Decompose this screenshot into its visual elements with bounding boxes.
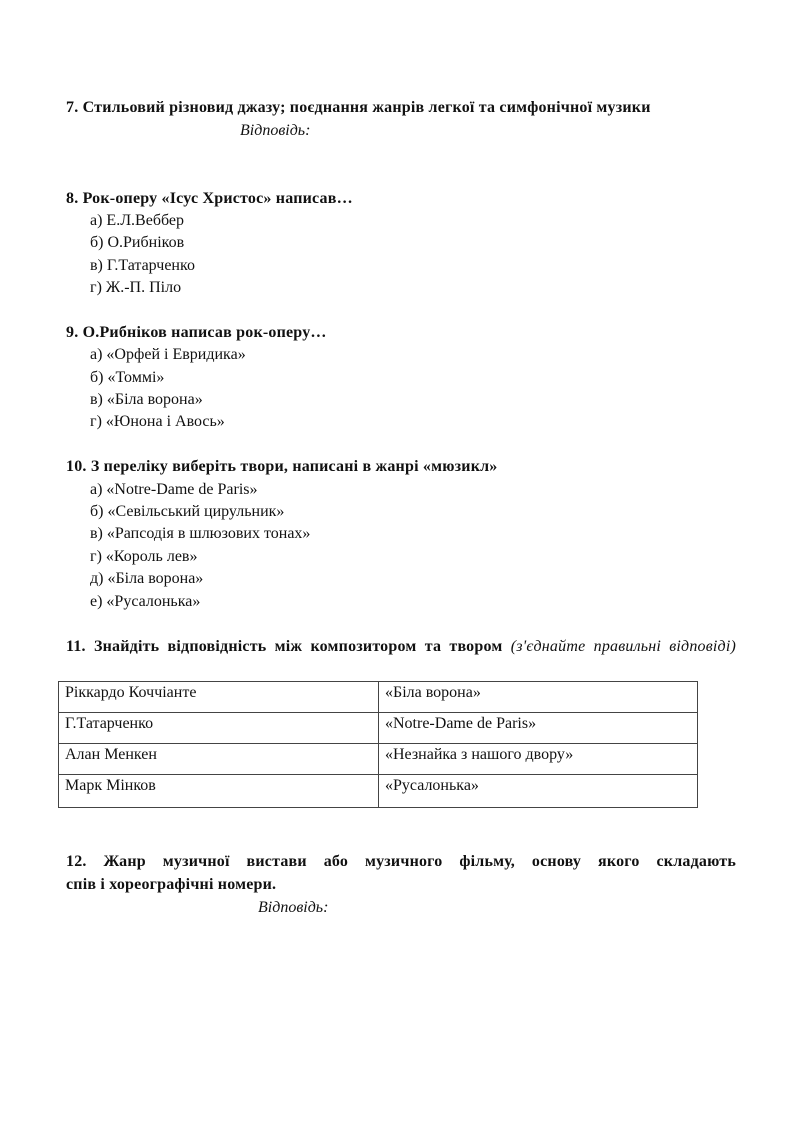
option-item: г) «Король лев» <box>90 548 197 566</box>
question-number: 7. <box>66 99 78 116</box>
option-item: б) «Севільський цирульник» <box>90 503 284 521</box>
table-row: Марк Мінков «Русалонька» <box>59 775 698 808</box>
question-text: З переліку виберіть твори, написані в жа… <box>91 458 498 475</box>
answer-label: Відповідь: <box>240 122 310 140</box>
option-item: а) «Орфей і Евридика» <box>90 346 246 364</box>
option-item: в) «Рапсодія в шлюзових тонах» <box>90 525 310 543</box>
question-number: 9. <box>66 324 78 341</box>
answer-label: Відповідь: <box>258 899 328 917</box>
question-text: Стильовий різновид джазу; поєднання жанр… <box>83 99 651 116</box>
table-row: Г.Татарченко «Notre-Dame de Paris» <box>59 713 698 744</box>
question-text: О.Рибніков написав рок-оперу… <box>83 324 327 341</box>
work-cell: «Notre-Dame de Paris» <box>379 713 698 744</box>
composer-cell: Ріккардо Коччіанте <box>59 682 379 713</box>
work-cell: «Незнайка з нашого двору» <box>379 744 698 775</box>
matching-table: Ріккардо Коччіанте «Біла ворона» Г.Татар… <box>58 681 698 808</box>
question-number: 8. <box>66 190 78 207</box>
option-item: в) Г.Татарченко <box>90 257 195 275</box>
question-number: 10. <box>66 458 87 475</box>
question-7: 7. Стильовий різновид джазу; поєднання ж… <box>66 99 651 117</box>
composer-cell: Алан Менкен <box>59 744 379 775</box>
question-number: 11. <box>66 638 86 655</box>
question-11: 11. Знайдіть відповідність між композито… <box>66 638 736 656</box>
composer-cell: Марк Мінков <box>59 775 379 808</box>
option-item: в) «Біла ворона» <box>90 391 203 409</box>
question-text: Жанр музичної вистави або музичного філь… <box>104 853 736 870</box>
table-row: Ріккардо Коччіанте «Біла ворона» <box>59 682 698 713</box>
work-cell: «Біла ворона» <box>379 682 698 713</box>
question-12: 12. Жанр музичної вистави або музичного … <box>66 853 736 871</box>
option-item: а) «Notre-Dame de Paris» <box>90 481 258 499</box>
option-item: а) Е.Л.Веббер <box>90 212 184 230</box>
option-item: д) «Біла ворона» <box>90 570 203 588</box>
question-text: Рок-оперу «Ісус Христос» написав… <box>83 190 353 207</box>
table-row: Алан Менкен «Незнайка з нашого двору» <box>59 744 698 775</box>
composer-cell: Г.Татарченко <box>59 713 379 744</box>
question-9: 9. О.Рибніков написав рок-оперу… <box>66 324 327 342</box>
question-10: 10. З переліку виберіть твори, написані … <box>66 458 498 476</box>
option-item: г) Ж.-П. Піло <box>90 279 181 297</box>
option-item: б) О.Рибніков <box>90 234 184 252</box>
option-item: е) «Русалонька» <box>90 593 200 611</box>
work-cell: «Русалонька» <box>379 775 698 808</box>
question-12-line2: спів і хореографічні номери. <box>66 876 276 894</box>
question-text: Знайдіть відповідність між композитором … <box>94 638 503 655</box>
question-8: 8. Рок-оперу «Ісус Христос» написав… <box>66 190 353 208</box>
option-item: б) «Томмі» <box>90 369 164 387</box>
option-item: г) «Юнона і Авось» <box>90 413 225 431</box>
question-number: 12. <box>66 853 87 870</box>
question-hint: (з'єднайте правильні відповіді) <box>511 638 736 655</box>
